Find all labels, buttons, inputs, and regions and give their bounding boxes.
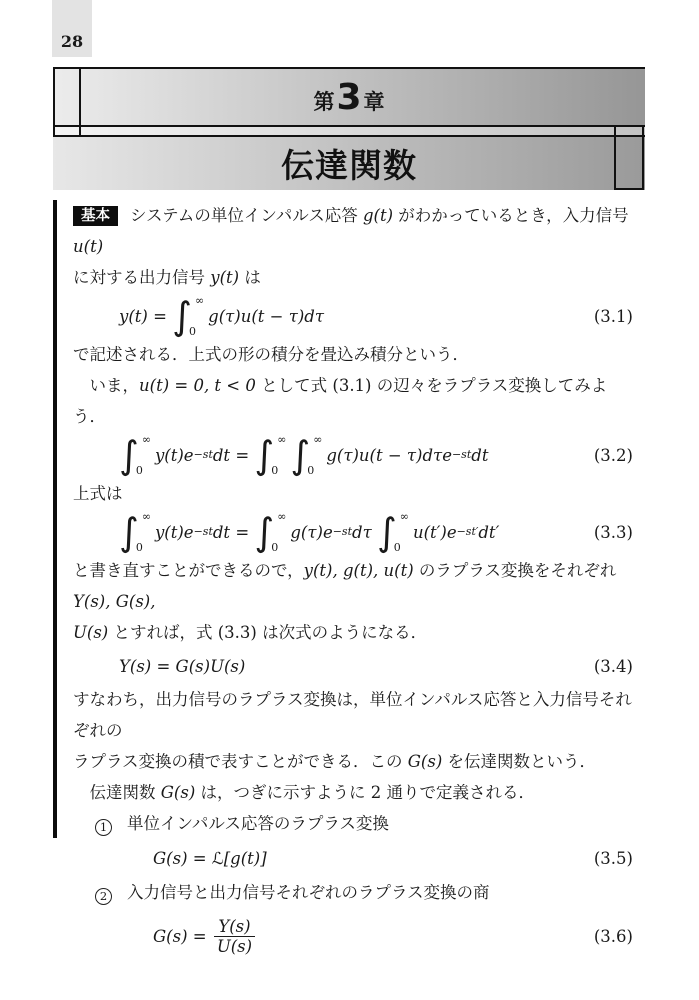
integral-limits: ∞0 bbox=[397, 509, 409, 555]
text-line: いま，u(t) = 0, t < 0 として式 (3.1) の辺々をラプラス変換… bbox=[73, 370, 633, 432]
equation: ∫∞0y(t)e−stdt = ∫∞0∫∞0g(τ)u(t − τ)dτe−st… bbox=[73, 432, 633, 478]
text-line: 2入力信号と出力信号それぞれのラプラス変換の商 bbox=[73, 877, 633, 908]
chapter-banner: 第3章 伝達関数 bbox=[53, 67, 645, 190]
text-line: 1単位インパルス応答のラプラス変換 bbox=[73, 808, 633, 839]
text-run: に対する出力信号 bbox=[73, 268, 210, 287]
integral-lower-limit: 0 bbox=[394, 541, 409, 554]
laplace-operator: ℒ bbox=[212, 849, 224, 868]
math-run: U(s) bbox=[73, 623, 108, 642]
text-run: ラプラス変換の積で表すことができる．この bbox=[73, 752, 408, 771]
math-run: Y(s) = G(s)U(s) bbox=[119, 657, 245, 676]
banner-right-box bbox=[614, 125, 644, 190]
integral-lower-limit: 0 bbox=[307, 464, 322, 477]
page-number-patch: 28 bbox=[52, 0, 92, 57]
math-run: G(s) = bbox=[153, 927, 212, 946]
integral-limits: ∞0 bbox=[274, 509, 286, 555]
integral-upper-limit: ∞ bbox=[195, 294, 204, 307]
chapter-label: 第3章 bbox=[313, 77, 384, 118]
paragraph: と書き直すことができるので，y(t), g(t), u(t) のラプラス変換をそ… bbox=[73, 555, 633, 648]
integral-lower-limit: 0 bbox=[136, 541, 151, 554]
equation: ∫∞0y(t)e−stdt = ∫∞0g(τ)e−stdτ ∫∞0u(t′)e−… bbox=[73, 509, 633, 555]
integral-lower-limit: 0 bbox=[136, 464, 151, 477]
title-band: 伝達関数 bbox=[53, 137, 645, 190]
text-run: すなわち，出力信号のラプラス変換は，単位インパルス応答と入力信号それぞれの bbox=[73, 690, 632, 740]
text-line: で記述される．上式の形の積分を畳込み積分という． bbox=[73, 339, 633, 370]
page-number: 28 bbox=[61, 32, 83, 51]
text-run: とすれば，式 (3.3) は次式のようになる． bbox=[108, 623, 427, 642]
equation: Y(s) = G(s)U(s)(3.4) bbox=[73, 648, 633, 684]
text-line: 伝達関数 G(s) は，つぎに示すように 2 通りで定義される． bbox=[73, 777, 633, 808]
text-line: に対する出力信号 y(t) は bbox=[73, 262, 633, 293]
equation-number: (3.6) bbox=[594, 927, 633, 946]
equation-number: (3.4) bbox=[594, 657, 633, 676]
text-line: ラプラス変換の積で表すことができる．この G(s) を伝達関数という． bbox=[73, 746, 633, 777]
equation: G(s) = ℒ[g(t)](3.5) bbox=[73, 839, 633, 877]
paragraph: で記述される．上式の形の積分を畳込み積分という． bbox=[73, 339, 633, 370]
math-run: y(t) = bbox=[119, 307, 172, 326]
integral-limits: ∞0 bbox=[310, 432, 322, 478]
math-run: g(τ)u(t − τ)dτe bbox=[326, 446, 452, 465]
math-run: g(τ)e bbox=[290, 523, 332, 542]
integral-upper-limit: ∞ bbox=[142, 433, 151, 446]
math-run: G(s) bbox=[161, 783, 196, 802]
fraction: Y(s)U(s) bbox=[214, 917, 255, 956]
math-run: dt′ bbox=[478, 523, 499, 542]
text-run: を伝達関数という． bbox=[442, 752, 596, 771]
math-run: g(τ)u(t − τ)dτ bbox=[208, 307, 324, 326]
text-run: いま， bbox=[73, 376, 139, 395]
text-run: は，つぎに示すように 2 通りで定義される． bbox=[195, 783, 535, 802]
math-run: Y(s), G(s), bbox=[73, 592, 156, 611]
integral-upper-limit: ∞ bbox=[277, 433, 286, 446]
text-line: 上式は bbox=[73, 478, 633, 509]
math-run: y(t)e bbox=[155, 523, 194, 542]
paragraph: 基本システムの単位インパルス応答 g(t) がわかっているとき，入力信号 u(t… bbox=[73, 200, 633, 293]
paragraph: 2入力信号と出力信号それぞれのラプラス変換の商 bbox=[73, 877, 633, 908]
text-run: は bbox=[239, 268, 261, 287]
text-run: 単位インパルス応答のラプラス変換 bbox=[127, 814, 389, 833]
integral-upper-limit: ∞ bbox=[313, 433, 322, 446]
chapter-title: 伝達関数 bbox=[281, 140, 417, 187]
text-run: がわかっているとき，入力信号 bbox=[393, 206, 634, 225]
integral-upper-limit: ∞ bbox=[400, 510, 409, 523]
text-line: と書き直すことができるので，y(t), g(t), u(t) のラプラス変換をそ… bbox=[73, 555, 633, 617]
integral-limits: ∞0 bbox=[139, 432, 151, 478]
equation-body: ∫∞0y(t)e−stdt = ∫∞0g(τ)e−stdτ ∫∞0u(t′)e−… bbox=[119, 509, 499, 555]
chapter-number: 3 bbox=[334, 77, 363, 118]
paragraph: 上式は bbox=[73, 478, 633, 509]
page-content: 基本システムの単位インパルス応答 g(t) がわかっているとき，入力信号 u(t… bbox=[73, 200, 633, 964]
text-run: で記述される．上式の形の積分を畳込み積分という． bbox=[73, 345, 469, 364]
math-run: dt bbox=[471, 446, 488, 465]
fraction-numerator: Y(s) bbox=[215, 917, 253, 936]
integral-sign: ∫∞0 bbox=[290, 432, 322, 478]
integral-limits: ∞0 bbox=[192, 293, 204, 339]
text-run: 伝達関数 bbox=[73, 783, 161, 802]
integral-sign: ∫∞0 bbox=[172, 293, 204, 339]
math-run: u(t) = 0, t < 0 bbox=[139, 376, 256, 395]
integral-sign: ∫∞0 bbox=[377, 509, 409, 555]
equation-body: G(s) = Y(s)U(s) bbox=[153, 917, 257, 956]
math-run: y(t), g(t), u(t) bbox=[304, 561, 414, 580]
math-run: y(t)e bbox=[155, 446, 194, 465]
integral-upper-limit: ∞ bbox=[277, 510, 286, 523]
math-run: G(s) = bbox=[153, 849, 212, 868]
text-line: 基本システムの単位インパルス応答 g(t) がわかっているとき，入力信号 u(t… bbox=[73, 200, 633, 262]
math-run: dτ bbox=[352, 523, 377, 542]
chapter-band: 第3章 bbox=[53, 67, 645, 125]
integral-limits: ∞0 bbox=[139, 509, 151, 555]
text-line: すなわち，出力信号のラプラス変換は，単位インパルス応答と入力信号それぞれの bbox=[73, 684, 633, 746]
equation: y(t) = ∫∞0g(τ)u(t − τ)dτ(3.1) bbox=[73, 293, 633, 339]
integral-upper-limit: ∞ bbox=[142, 510, 151, 523]
math-run: [g(t)] bbox=[224, 849, 267, 868]
integral-lower-limit: 0 bbox=[189, 325, 204, 338]
math-run: dt = bbox=[213, 446, 255, 465]
math-run: y(t) bbox=[210, 268, 239, 287]
integral-lower-limit: 0 bbox=[271, 464, 286, 477]
equation-body: y(t) = ∫∞0g(τ)u(t − τ)dτ bbox=[119, 293, 324, 339]
banner-left-box bbox=[53, 67, 81, 137]
equation-number: (3.3) bbox=[594, 523, 633, 542]
circled-number: 1 bbox=[95, 819, 112, 836]
book-page: 28 第3章 伝達関数 基本システムの単位インパルス応答 g(t) がわかってい… bbox=[0, 0, 699, 1000]
circled-number: 2 bbox=[95, 888, 112, 905]
paragraph: すなわち，出力信号のラプラス変換は，単位インパルス応答と入力信号それぞれのラプラ… bbox=[73, 684, 633, 777]
equation-number: (3.2) bbox=[594, 446, 633, 465]
integral-sign: ∫∞0 bbox=[119, 432, 151, 478]
paragraph: 伝達関数 G(s) は，つぎに示すように 2 通りで定義される． bbox=[73, 777, 633, 808]
math-run: u(t) bbox=[73, 237, 103, 256]
integral-sign: ∫∞0 bbox=[119, 509, 151, 555]
equation-body: G(s) = ℒ[g(t)] bbox=[153, 849, 267, 868]
integral-limits: ∞0 bbox=[274, 432, 286, 478]
equation-number: (3.5) bbox=[594, 849, 633, 868]
fraction-denominator: U(s) bbox=[214, 936, 255, 956]
integral-sign: ∫∞0 bbox=[254, 509, 286, 555]
text-run: と書き直すことができるので， bbox=[73, 561, 304, 580]
text-run: 上式は bbox=[73, 484, 123, 503]
chapter-prefix: 第 bbox=[313, 90, 334, 114]
paragraph: 1単位インパルス応答のラプラス変換 bbox=[73, 808, 633, 839]
math-run: dt = bbox=[213, 523, 255, 542]
text-run: システムの単位インパルス応答 bbox=[130, 206, 363, 225]
equation-body: ∫∞0y(t)e−stdt = ∫∞0∫∞0g(τ)u(t − τ)dτe−st… bbox=[119, 432, 488, 478]
math-run: u(t′)e bbox=[413, 523, 457, 542]
integral-lower-limit: 0 bbox=[271, 541, 286, 554]
kihon-badge: 基本 bbox=[73, 206, 118, 226]
paragraph: いま，u(t) = 0, t < 0 として式 (3.1) の辺々をラプラス変換… bbox=[73, 370, 633, 432]
math-run: G(s) bbox=[408, 752, 443, 771]
text-run: 入力信号と出力信号それぞれのラプラス変換の商 bbox=[127, 883, 490, 902]
chapter-suffix: 章 bbox=[364, 90, 385, 114]
integral-sign: ∫∞0 bbox=[254, 432, 286, 478]
text-run: のラプラス変換をそれぞれ bbox=[414, 561, 622, 580]
left-rule bbox=[53, 200, 57, 838]
banner-strip bbox=[53, 125, 645, 137]
text-line: U(s) とすれば，式 (3.3) は次式のようになる． bbox=[73, 617, 633, 648]
equation-number: (3.1) bbox=[594, 307, 633, 326]
equation: G(s) = Y(s)U(s)(3.6) bbox=[73, 908, 633, 964]
math-run: g(t) bbox=[363, 206, 393, 225]
equation-body: Y(s) = G(s)U(s) bbox=[119, 657, 245, 676]
